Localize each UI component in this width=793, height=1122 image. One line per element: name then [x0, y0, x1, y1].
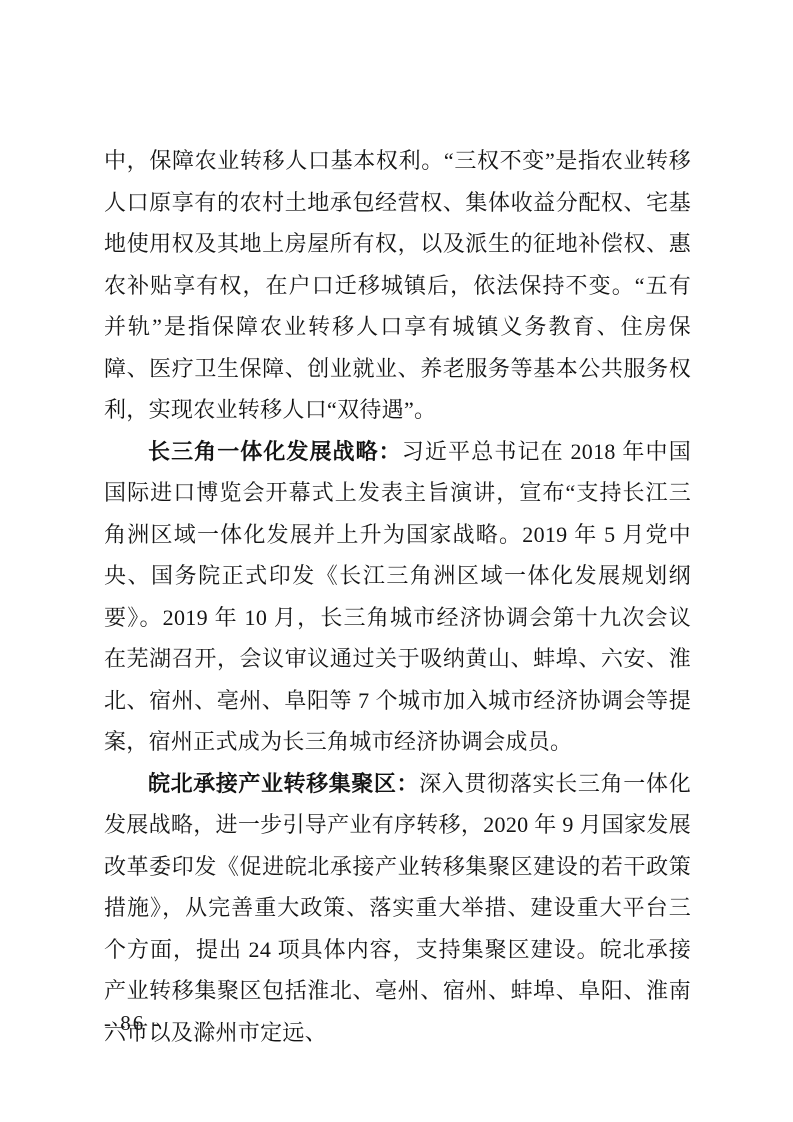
page-number: - 86 - [104, 1011, 162, 1035]
document-body: 中，保障农业转移人口基本权利。“三权不变”是指农业转移人口原享有的农村土地承包经… [104, 140, 691, 1053]
page-footer: - 86 - [104, 1008, 162, 1038]
paragraph-text: 中，保障农业转移人口基本权利。“三权不变”是指农业转移人口原享有的农村土地承包经… [104, 148, 691, 422]
paragraph-wanbei-cluster-zone: 皖北承接产业转移集聚区：深入贯彻落实长三角一体化发展战略，进一步引导产业有序转移… [104, 763, 691, 1054]
paragraph-yangtze-delta-strategy: 长三角一体化发展战略：习近平总书记在 2018 年中国国际进口博览会开幕式上发表… [104, 431, 691, 763]
paragraph-heading: 皖北承接产业转移集聚区： [148, 771, 419, 796]
paragraph-text: 习近平总书记在 2018 年中国国际进口博览会开幕式上发表主旨演讲，宣布“支持长… [104, 439, 691, 755]
paragraph-continuation: 中，保障农业转移人口基本权利。“三权不变”是指农业转移人口原享有的农村土地承包经… [104, 140, 691, 431]
paragraph-text: 深入贯彻落实长三角一体化发展战略，进一步引导产业有序转移，2020 年 9 月国… [104, 771, 691, 1045]
paragraph-heading: 长三角一体化发展战略： [148, 439, 402, 464]
document-page: 中，保障农业转移人口基本权利。“三权不变”是指农业转移人口原享有的农村土地承包经… [0, 0, 793, 1122]
